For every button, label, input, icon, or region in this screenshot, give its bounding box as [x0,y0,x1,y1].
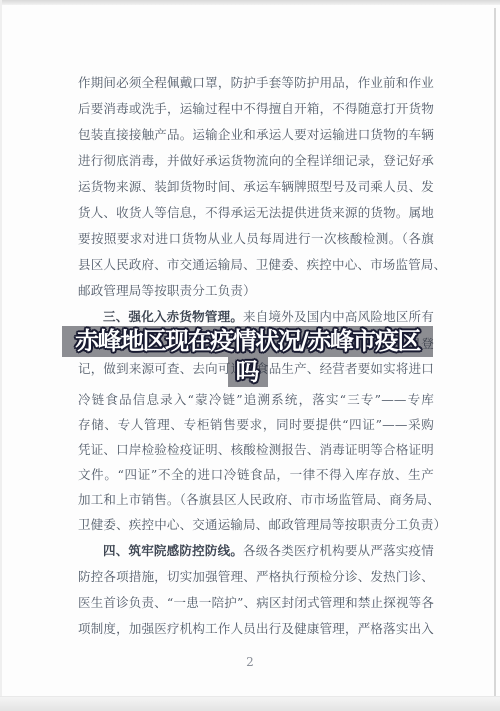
doc-line: 存储、专人管理、专柜销售要求，同时要提供“四证”——采购 [78,417,434,437]
page-number: 2 [0,655,500,669]
doc-line: 项制度，加强医疗机构工作人员出行及健康管理，严格落实出入 [78,621,434,641]
section-3-heading: 三、强化入赤货物管理。 [103,309,243,324]
scanned-document-page: 作期间必须全程佩戴口罩，防护手套等防护用品，作业前和作业 后要消毒或洗手，运输过… [0,0,500,711]
doc-line: 邮政管理局等按职责分工负责） [78,283,434,303]
headline-line2: 吗 [228,357,268,387]
doc-line: 冷链食品信息录入“蒙冷链”追溯系统，落实“三专”——专库 [78,392,434,412]
doc-line: 县区人民政府、市交通运输局、卫健委、疾控中心、市场监管局、 [78,257,434,277]
doc-line: 防控各项措施，切实加强管理、严格执行预检分诊、发热门诊、 [78,569,434,589]
doc-line: 运货物来源、装卸货物时间、承运车辆牌照型号及司乘人员、发 [78,179,434,199]
doc-line: 作期间必须全程佩戴口罩，防护手套等防护用品，作业前和作业 [78,75,434,95]
doc-line-text: 各级各类医疗机构要从严落实疫情 [243,543,434,558]
page-left-edge [0,0,2,711]
doc-line: 货人、收货人等信息，不得承运无法提供进货来源的货物。属地 [78,205,434,225]
doc-line: 后要消毒或洗手，运输过程中不得擅自开箱，不得随意打开货物 [78,101,434,121]
doc-line: 医生首诊负责、“一患一陪护”、病区封闭式管理和禁止探视等各 [78,595,434,615]
page-top-edge [0,0,500,5]
page-right-edge [494,8,496,700]
doc-line: 文件。“四证”不全的进口冷链食品，一律不得入库存放、生产 [78,467,434,487]
doc-line: 包装直接接触产品。运输企业和承运人要对运输进口货物的车辆 [78,127,434,147]
headline-overlay: 赤峰地区现在疫情状况/赤峰市疫区 吗 [62,326,433,387]
doc-line: 要按照要求对进口货物从业人员每周进行一次核酸检测。（各旗 [78,231,434,251]
doc-line: 凭证、口岸检验检疫证明、核酸检测报告、消毒证明等合格证明 [78,442,434,462]
doc-line: 卫健委、疾控中心、交通运输局、邮政管理局等按职责分工负责） [78,517,434,537]
headline-line1: 赤峰地区现在疫情状况/赤峰市疫区 [62,326,433,357]
section-4-heading: 四、筑牢院感防控防线。 [103,543,243,558]
doc-line-section-4: 四、筑牢院感防控防线。各级各类医疗机构要从严落实疫情 [78,543,434,563]
doc-line: 加工和上市销售。（各旗县区人民政府、市市场监管局、商务局、 [78,492,434,512]
doc-line: 进行彻底消毒，并做好承运货物流向的全程详细记录，登记好承 [78,153,434,173]
page-bottom-edge [0,696,500,711]
doc-line-text: 来自境外及国内中高风险地区所有 [243,309,434,324]
